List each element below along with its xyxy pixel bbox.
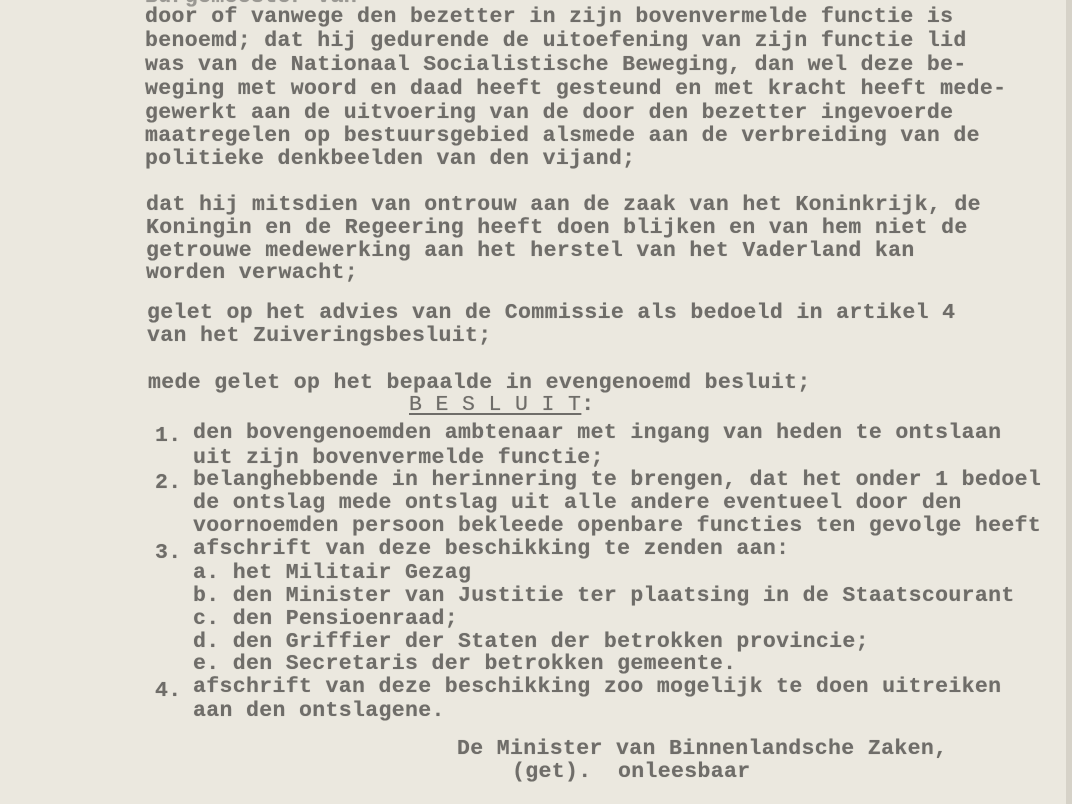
decision-number: 4. <box>155 680 182 703</box>
decision-number: 1. <box>155 425 182 448</box>
text-line: afschrift van deze beschikking zoo mogel… <box>193 676 1001 699</box>
document-page: Burgemeester van door of vanwege den bez… <box>0 0 1066 804</box>
text-line: politieke denkbeelden van den vijand; <box>145 148 635 171</box>
text-line: was van de Nationaal Socialistische Bewe… <box>145 54 967 77</box>
text-line: getrouwe medewerking aan het herstel van… <box>146 240 915 263</box>
text-line: van het Zuiveringsbesluit; <box>147 325 492 348</box>
text-line: den bovengenoemden ambtenaar met ingang … <box>193 422 1001 445</box>
text-line: maatregelen op bestuursgebied alsmede aa… <box>145 125 980 148</box>
text-line: uit zijn bovenvermelde functie; <box>193 447 604 470</box>
heading-colon: : <box>581 393 594 417</box>
text-line: gelet op het advies van de Commissie als… <box>147 302 955 325</box>
text-line: weging met woord en daad heeft gesteund … <box>145 78 1006 101</box>
text-line: benoemd; dat hij gedurende de uitoefenin… <box>145 30 967 53</box>
besluit-heading: B E S L U I T <box>409 393 581 417</box>
decision-number: 3. <box>155 542 182 565</box>
text-line: aan den ontslagene. <box>193 700 445 723</box>
text-line: voornoemden persoon bekleede openbare fu… <box>193 515 1041 538</box>
signature-title: De Minister van Binnenlandsche Zaken, <box>457 738 947 761</box>
sub-item: d. den Griffier der Staten der betrokken… <box>193 631 869 654</box>
sub-item: e. den Secretaris der betrokken gemeente… <box>193 653 736 676</box>
signature-signed: (get). onleesbaar <box>512 761 751 784</box>
text-line: afschrift van deze beschikking te zenden… <box>193 538 789 561</box>
decision-heading: B E S L U I T: <box>409 394 595 417</box>
text-line: belanghebbende in herinnering te brengen… <box>193 469 1041 492</box>
text-line: Koningin en de Regeering heeft doen blij… <box>146 217 968 240</box>
decision-number: 2. <box>155 472 182 495</box>
page-edge <box>1066 0 1072 804</box>
sub-item: c. den Pensioenraad; <box>193 608 458 631</box>
sub-item: a. het Militair Gezag <box>193 562 471 585</box>
text-line: de ontslag mede ontslag uit alle andere … <box>193 492 962 515</box>
text-line: door of vanwege den bezetter in zijn bov… <box>145 6 953 29</box>
text-line: gewerkt aan de uitvoering van de door de… <box>145 102 953 125</box>
text-line: mede gelet op het bepaalde in evengenoem… <box>148 372 811 395</box>
sub-item: b. den Minister van Justitie ter plaatsi… <box>193 585 1015 608</box>
text-line: worden verwacht; <box>146 262 358 285</box>
text-line: dat hij mitsdien van ontrouw aan de zaak… <box>146 194 981 217</box>
